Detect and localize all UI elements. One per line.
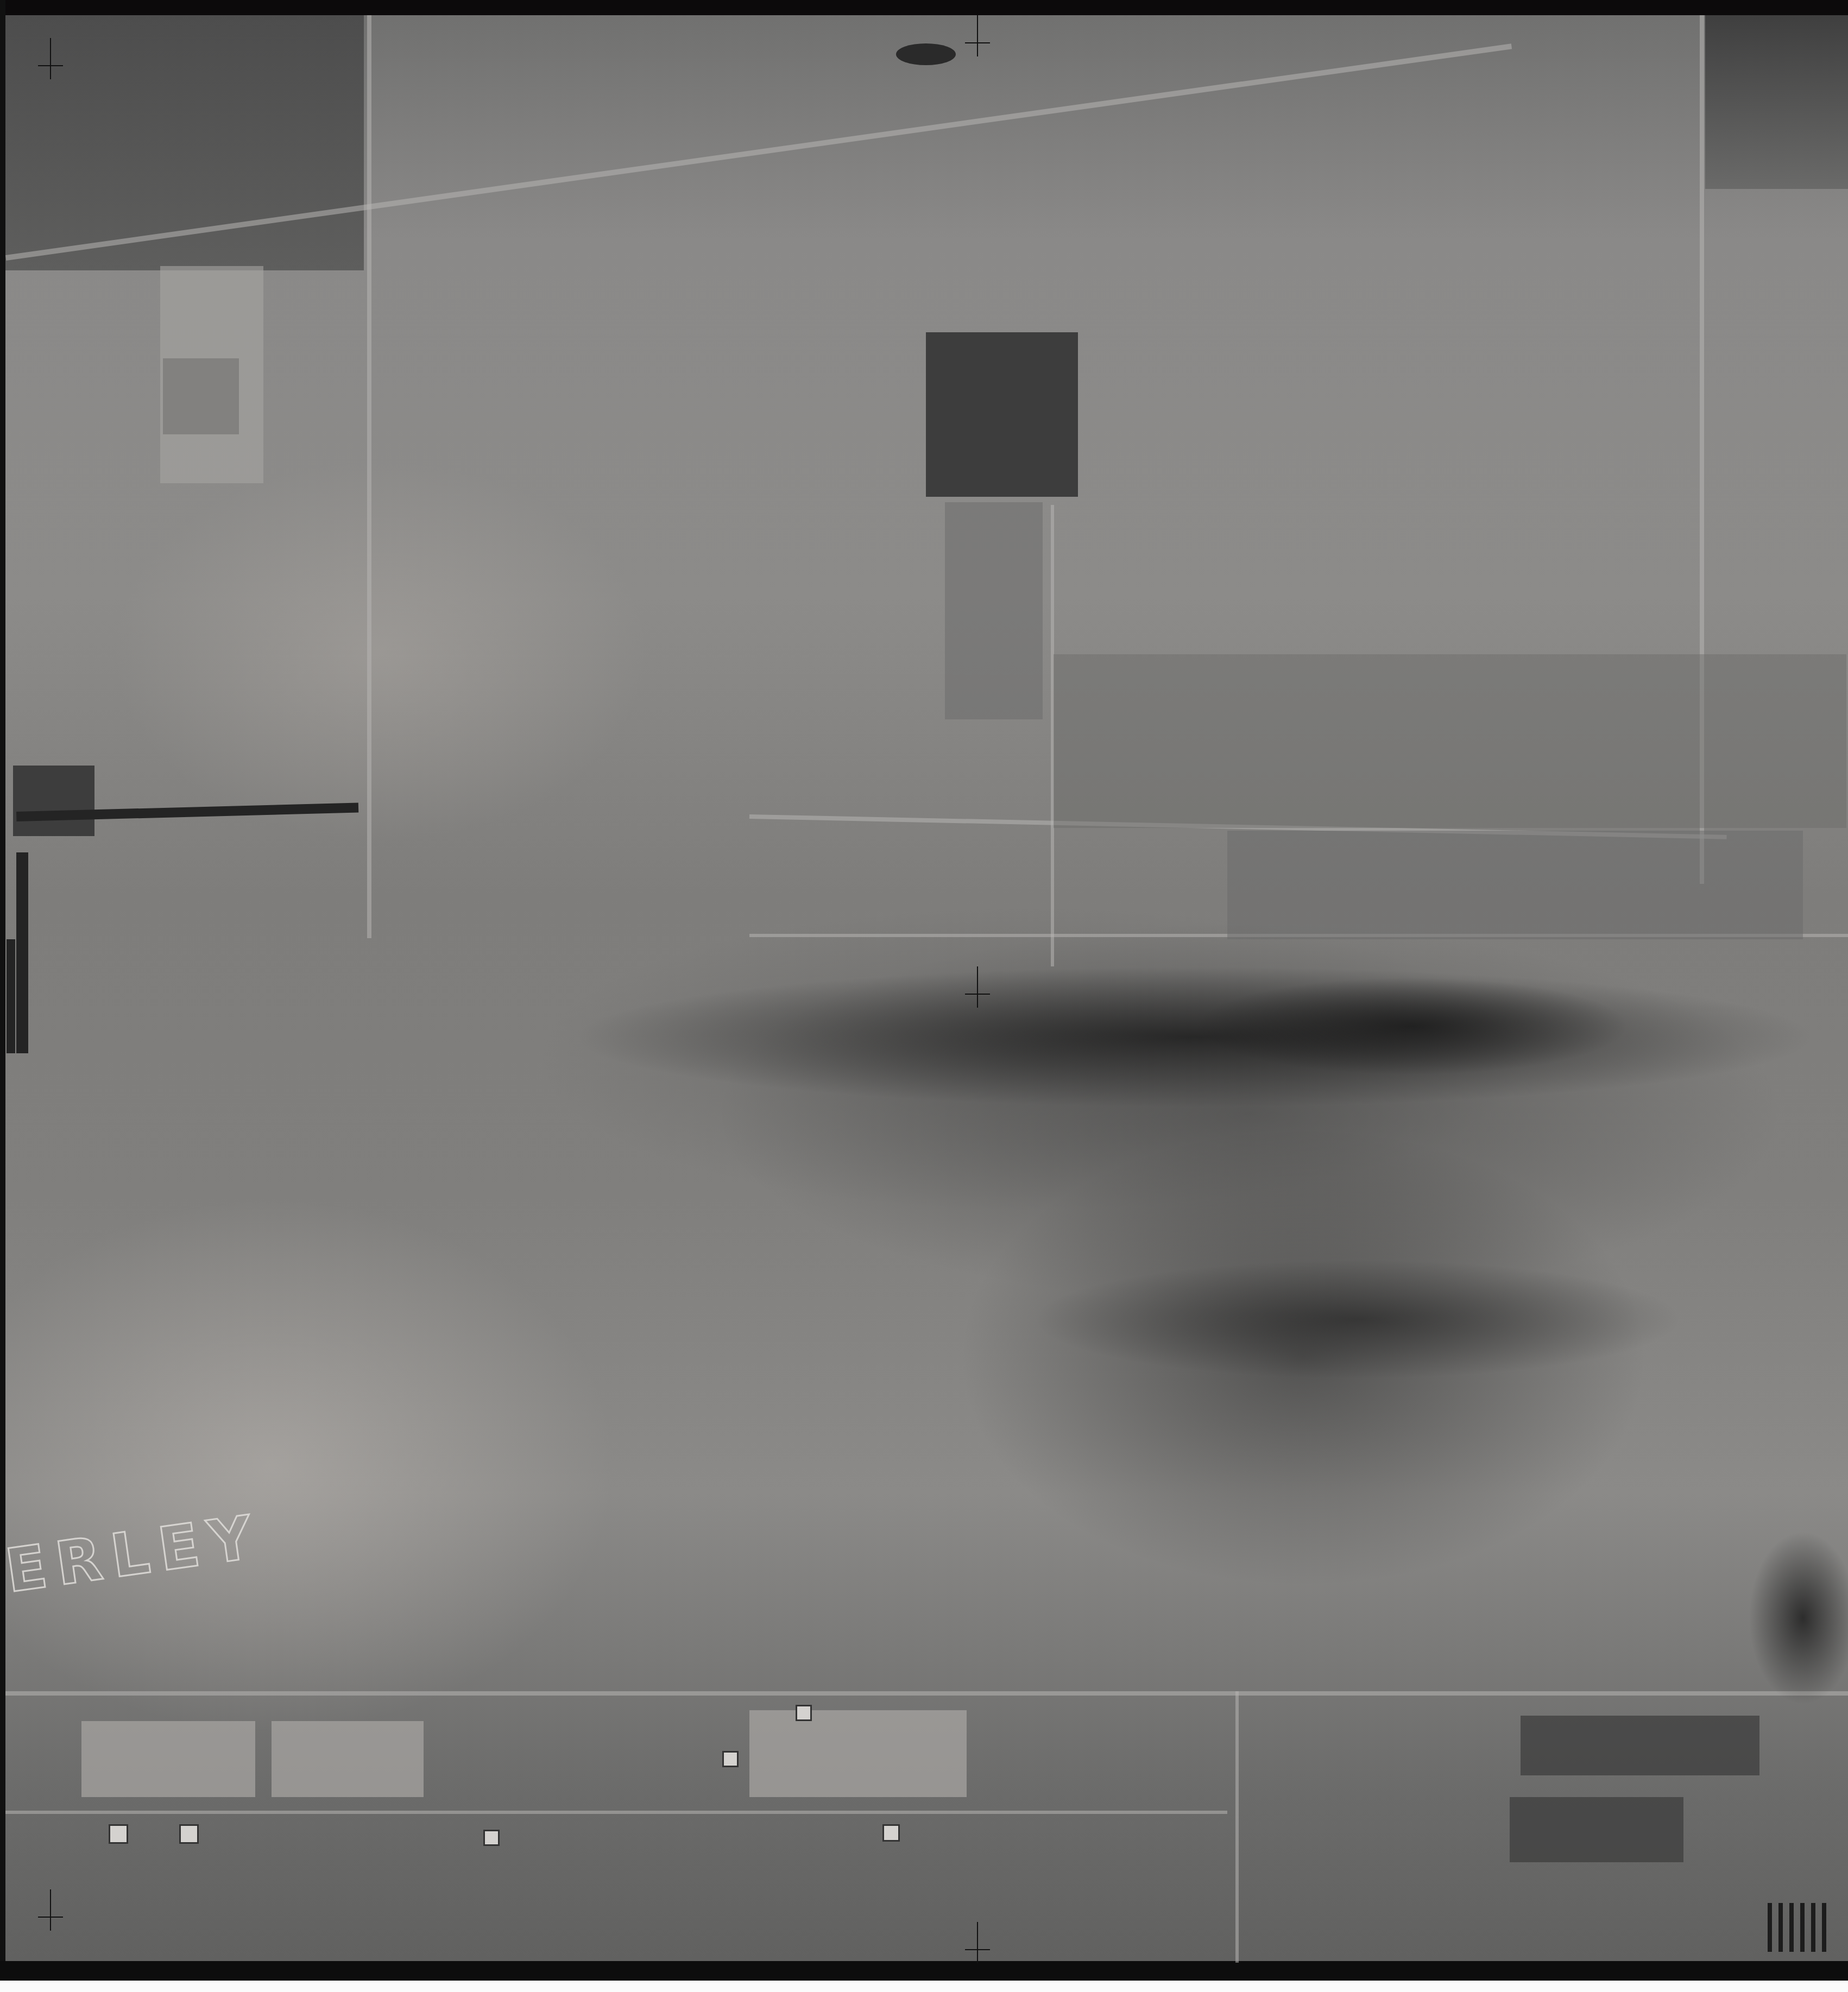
aerial-photo: ERLEY [0, 0, 1848, 1992]
dark-ridge-lower [1032, 1260, 1683, 1379]
fiducial-crosshair-bottom-left [38, 1889, 63, 1931]
field-east-strip [1054, 654, 1846, 828]
dark-rectangular-field [926, 332, 1078, 497]
windbreak-vertical-inner [16, 852, 28, 1053]
film-border-top [0, 0, 1848, 15]
paper-margin [0, 1981, 1848, 1992]
house [722, 1751, 739, 1767]
house [179, 1824, 199, 1844]
dark-field-left [13, 766, 94, 836]
fiducial-crosshair-bottom-center [965, 1922, 990, 1963]
orchard-row [1789, 1903, 1794, 1952]
fiducial-crosshair-mid [965, 966, 990, 1008]
wooded-ridge-band [570, 966, 1819, 1108]
house [796, 1705, 812, 1721]
orchard-row [1800, 1903, 1805, 1952]
fiducial-crosshair-top-left [38, 38, 63, 79]
film-border-left [0, 0, 5, 1976]
field-east-cultivated [1227, 831, 1803, 939]
film-border-bottom [0, 1961, 1848, 1981]
road-lower-horizontal-2 [5, 1811, 1227, 1814]
pond-top [896, 43, 956, 65]
dark-field-lower-right [1521, 1716, 1759, 1775]
road-lower-vertical [1235, 1691, 1239, 1963]
orchard-row [1778, 1903, 1783, 1952]
house [483, 1830, 500, 1846]
windbreak-vertical-outer [7, 939, 15, 1053]
ground-marking-text: ERLEY [1, 1501, 266, 1606]
house [109, 1824, 128, 1844]
orchard-row [1768, 1903, 1772, 1952]
dark-field-lower-right-2 [1510, 1797, 1683, 1862]
fiducial-crosshair-top-center [965, 15, 990, 56]
road-vertical-left [367, 15, 371, 938]
orchard-row [1822, 1903, 1826, 1952]
orchard-row [1811, 1903, 1815, 1952]
residential-lot [749, 1710, 967, 1797]
residential-lot [81, 1721, 255, 1797]
field-below-dark [945, 502, 1043, 719]
light-field-left [160, 266, 263, 483]
woodlot-east [1749, 1531, 1848, 1705]
dark-tree-cluster-center [1195, 977, 1629, 1075]
residential-lot [272, 1721, 424, 1797]
house [882, 1824, 900, 1842]
dark-pasture-top-right [1705, 15, 1848, 189]
road-lower-horizontal [5, 1691, 1848, 1696]
